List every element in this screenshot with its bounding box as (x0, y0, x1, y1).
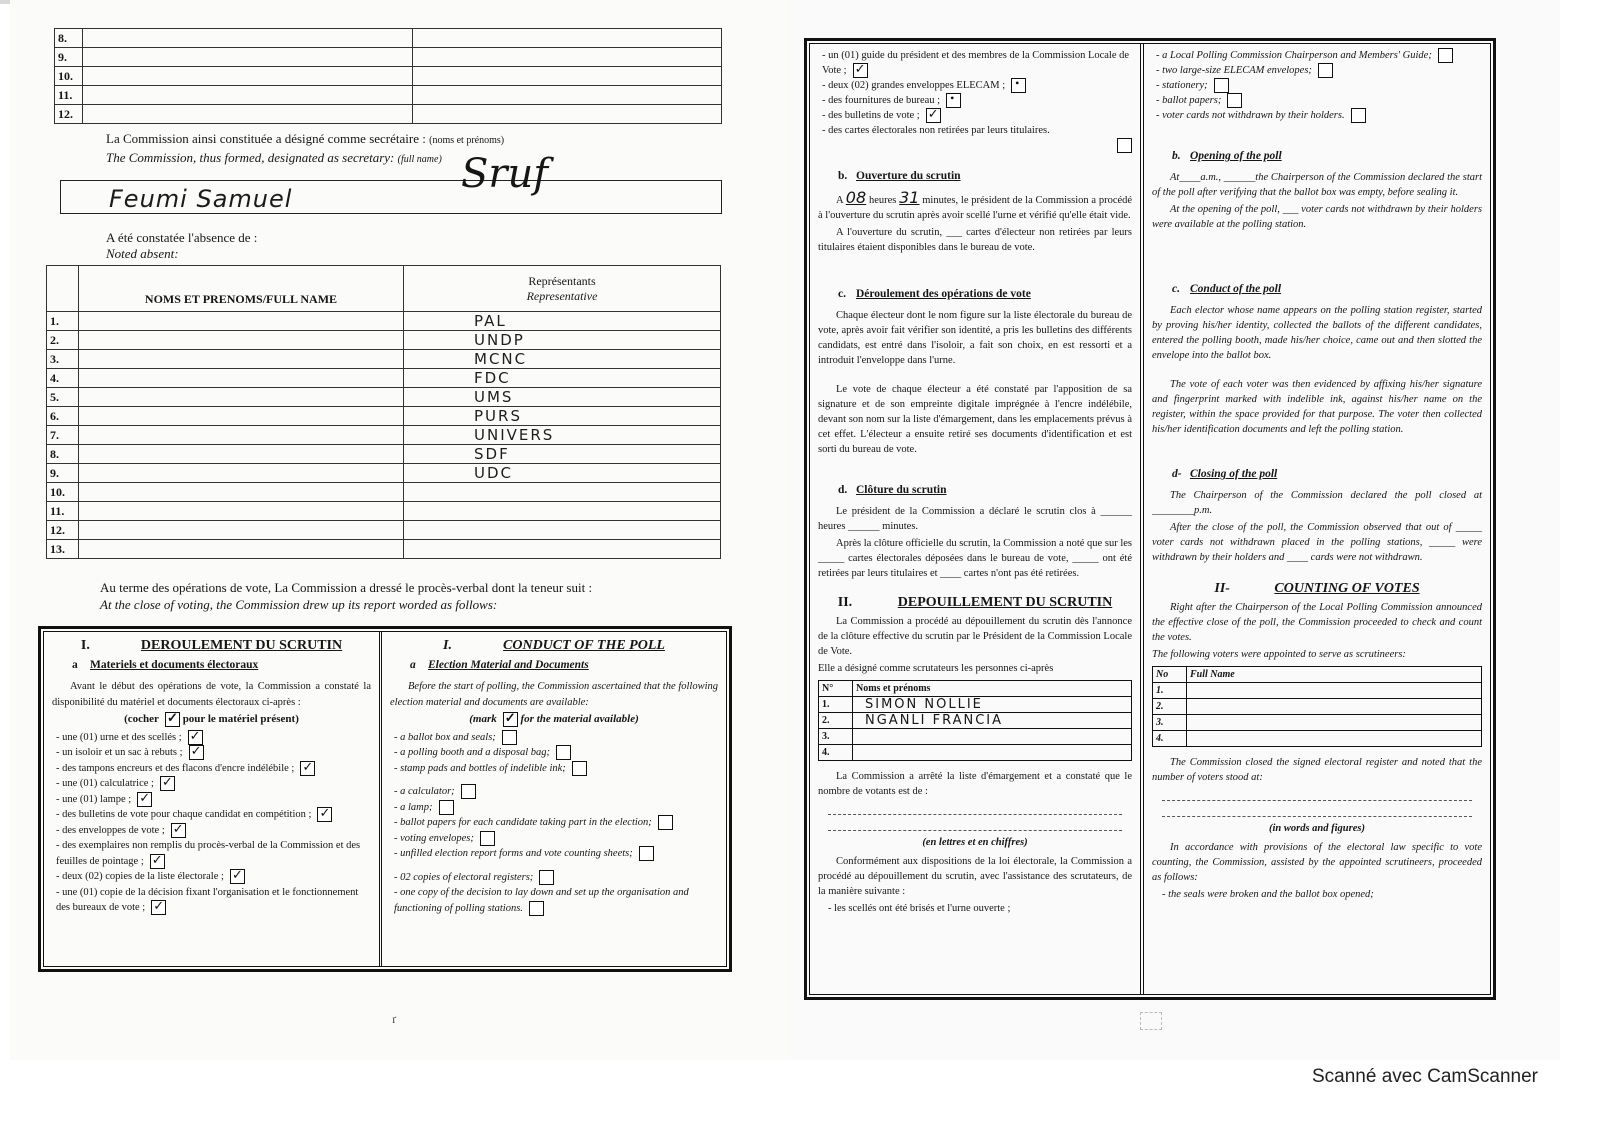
conduct-of-poll-frame: I.DEROULEMENT DU SCRUTIN aMateriels et d… (40, 628, 730, 970)
operations-title-fr: c.Déroulement des opérations de vote (838, 287, 1132, 302)
table-row: 8.SDF (47, 445, 721, 464)
opening-minutes-field[interactable]: 31 (899, 188, 919, 207)
table-row: 11. (55, 86, 722, 105)
checklist-item: - a polling booth and a disposal bag; (390, 745, 718, 761)
opening-title-en: b.Opening of the poll (1172, 149, 1482, 164)
checklist-item: - deux (02) grandes enveloppes ELECAM ; (818, 78, 1132, 93)
checklist-item: - des cartes électorales non retirées pa… (818, 123, 1132, 153)
example-checkbox (503, 712, 518, 727)
table-row: 7.UNIVERS (47, 426, 721, 445)
commission-members-table: 8. 9. 10. 11. 12. (54, 28, 722, 124)
counting-title-fr: II.DEPOUILLEMENT DU SCRUTIN (818, 595, 1132, 610)
opening-title-fr: b.Ouverture du scrutin (838, 169, 1132, 184)
intro-fr: Avant le début des opérations de vote, l… (52, 679, 371, 710)
checkbox[interactable] (480, 831, 495, 846)
checkbox[interactable] (539, 870, 554, 885)
section-title-fr: I.DEROULEMENT DU SCRUTIN (52, 638, 371, 654)
checkbox[interactable] (1318, 63, 1333, 78)
conclusion-fr: Au terme des opérations de vote, La Comm… (100, 580, 592, 596)
table-row: 12. (47, 521, 721, 540)
scrutineers-table-en: NoFull Name 1. 2. 3. 4. (1152, 666, 1482, 747)
table-row: 8. (55, 29, 722, 48)
page-fold-mark (1140, 1012, 1162, 1030)
table-row: 10. (55, 67, 722, 86)
table-row: 3. (1153, 715, 1482, 731)
absent-label-fr: A été constatée l'absence de : (106, 230, 257, 246)
counting-title-en: II-COUNTING OF VOTES (1152, 581, 1482, 596)
checklist-item: - stamp pads and bottles of indelible in… (390, 761, 718, 777)
table-row: 11. (47, 502, 721, 521)
checkbox[interactable] (300, 761, 315, 776)
table-row: 5.UMS (47, 388, 721, 407)
opening-hours-field[interactable]: 08 (846, 188, 866, 207)
table-row: 9. (55, 48, 722, 67)
checklist-item: - des fournitures de bureau ; (818, 93, 1132, 108)
checklist-item: - une (01) urne et des scellés ; (52, 730, 371, 746)
subsection-title-fr: aMateriels et documents électoraux (72, 658, 371, 674)
column-header-representative: Représentants Representative (404, 266, 721, 312)
checkbox[interactable] (1227, 93, 1242, 108)
subsection-title-en: aElection Material and Documents (410, 658, 718, 674)
right-page-frame: - un (01) guide du président et des memb… (806, 40, 1494, 998)
table-row: 2.UNDP (47, 331, 721, 350)
intro-en: Before the start of polling, the Commiss… (390, 679, 718, 710)
checklist-item: - une (01) copie de la décision fixant l… (52, 885, 371, 916)
table-row: 1. (1153, 683, 1482, 699)
checklist-item: - deux (02) copies de la liste électoral… (52, 869, 371, 885)
section-title-en: I.CONDUCT OF THE POLL (390, 638, 718, 654)
checkbox[interactable] (572, 761, 587, 776)
closing-title-en: d-Closing of the poll (1172, 467, 1482, 482)
checklist-item: - a ballot box and seals; (390, 730, 718, 746)
mark-hint-en: (mark for the material available) (390, 712, 718, 728)
checklist-item: - ballot papers; (1152, 93, 1482, 108)
checklist-item: - one copy of the decision to lay down a… (390, 885, 718, 916)
checkbox[interactable] (461, 784, 476, 799)
table-row: 1.PAL (47, 312, 721, 331)
checklist-item: - un (01) guide du président et des memb… (818, 48, 1132, 78)
checklist-item: - stationery; (1152, 78, 1482, 93)
page-fold-mark: ґ (392, 1012, 396, 1027)
checkbox[interactable] (502, 730, 517, 745)
checkbox[interactable] (171, 823, 186, 838)
opening-cards-fr: A l'ouverture du scrutin, ___ cartes d'é… (818, 225, 1132, 255)
checklist-item: - unfilled election report forms and vot… (390, 846, 718, 862)
conduct-title-en: c.Conduct of the poll (1172, 282, 1482, 297)
opening-text-fr: A 08 heures 31 minutes, le président de … (818, 190, 1132, 223)
secretary-name-field[interactable]: Feumi Samuel Sruf (60, 180, 722, 214)
checkbox[interactable] (137, 792, 152, 807)
checkbox[interactable] (439, 800, 454, 815)
voters-count-line-2-en[interactable] (1162, 805, 1472, 817)
checkbox[interactable] (658, 815, 673, 830)
secretary-label-en: The Commission, thus formed, designated … (106, 150, 442, 166)
checklist-item: - 02 copies of electoral registers; (390, 870, 718, 886)
secretary-handwritten-name: Feumi Samuel (109, 185, 292, 213)
column-header-name: NOMS ET PRENOMS/FULL NAME (79, 266, 404, 312)
checkbox[interactable] (529, 901, 544, 916)
checklist-item: - des exemplaires non remplis du procès-… (52, 838, 371, 869)
checklist-item: - voting envelopes; (390, 831, 718, 847)
checkbox[interactable] (926, 108, 941, 123)
table-row: 6.PURS (47, 407, 721, 426)
checkbox[interactable] (639, 846, 654, 861)
checkbox[interactable] (853, 63, 868, 78)
checklist-item: - voter cards not withdrawn by their hol… (1152, 108, 1482, 123)
checkbox[interactable] (189, 745, 204, 760)
scrutineers-table-fr: N°Noms et prénoms 1.SIMON NOLLIE 2.NGANL… (818, 680, 1132, 761)
table-row: 3.MCNC (47, 350, 721, 369)
table-row: 4. (819, 745, 1132, 761)
example-checkbox (165, 712, 180, 727)
checkbox[interactable] (230, 869, 245, 884)
table-row: 9.UDC (47, 464, 721, 483)
mark-hint-fr: (cocher pour le matériel présent) (52, 712, 371, 728)
absent-label-en: Noted absent: (106, 246, 179, 262)
checklist-item: - un isoloir et un sac à rebuts ; (52, 745, 371, 761)
voters-count-line-1-en[interactable] (1162, 789, 1472, 801)
checkbox[interactable] (151, 900, 166, 915)
table-row: 4. (1153, 731, 1482, 747)
right-fr-column: - un (01) guide du président et des memb… (810, 44, 1144, 994)
checkbox[interactable] (556, 745, 571, 760)
checkbox[interactable] (1438, 48, 1453, 63)
secretary-label-fr: La Commission ainsi constituée a désigné… (106, 131, 504, 147)
table-row: 13. (47, 540, 721, 559)
checklist-item: - ballot papers for each candidate takin… (390, 815, 718, 831)
scanner-watermark: Scanné avec CamScanner (1312, 1066, 1538, 1088)
checkbox[interactable] (160, 776, 175, 791)
right-en-column: - a Local Polling Commission Chairperson… (1144, 44, 1490, 994)
checkbox[interactable] (1351, 108, 1366, 123)
table-row: 2.NGANLI FRANCIA (819, 713, 1132, 729)
checkbox[interactable] (150, 854, 165, 869)
table-row: 2. (1153, 699, 1482, 715)
secretary-signature: Sruf (461, 151, 548, 197)
checklist-item: - des tampons encreurs et des flacons d'… (52, 761, 371, 777)
table-row: 3. (819, 729, 1132, 745)
table-row: 12. (55, 105, 722, 124)
voters-count-line-1[interactable] (828, 803, 1122, 815)
table-row: 10. (47, 483, 721, 502)
checkbox[interactable] (946, 93, 961, 108)
checkbox[interactable] (1011, 78, 1026, 93)
closing-title-fr: d.Clôture du scrutin (838, 483, 1132, 498)
table-row: 1.SIMON NOLLIE (819, 697, 1132, 713)
checklist-item: - two large-size ELECAM envelopes; (1152, 63, 1482, 78)
section-en-column: I.CONDUCT OF THE POLL aElection Material… (382, 632, 726, 966)
checklist-item: - des enveloppes de vote ; (52, 823, 371, 839)
absent-members-table: NOMS ET PRENOMS/FULL NAME Représentants … (46, 265, 721, 559)
checkbox[interactable] (317, 807, 332, 822)
checklist-item: - a lamp; (390, 800, 718, 816)
checklist-item: - une (01) calculatrice ; (52, 776, 371, 792)
checkbox[interactable] (1214, 78, 1229, 93)
section-fr-column: I.DEROULEMENT DU SCRUTIN aMateriels et d… (44, 632, 382, 966)
voters-count-line-2[interactable] (828, 819, 1122, 831)
checklist-item: - a Local Polling Commission Chairperson… (1152, 48, 1482, 63)
conclusion-en: At the close of voting, the Commission d… (100, 597, 497, 613)
checkbox[interactable] (1117, 138, 1132, 153)
checklist-item: - des bulletins de vote ; (818, 108, 1132, 123)
checklist-item: - des bulletins de vote pour chaque cand… (52, 807, 371, 823)
table-row: 4.FDC (47, 369, 721, 388)
checklist-item: - a calculator; (390, 784, 718, 800)
